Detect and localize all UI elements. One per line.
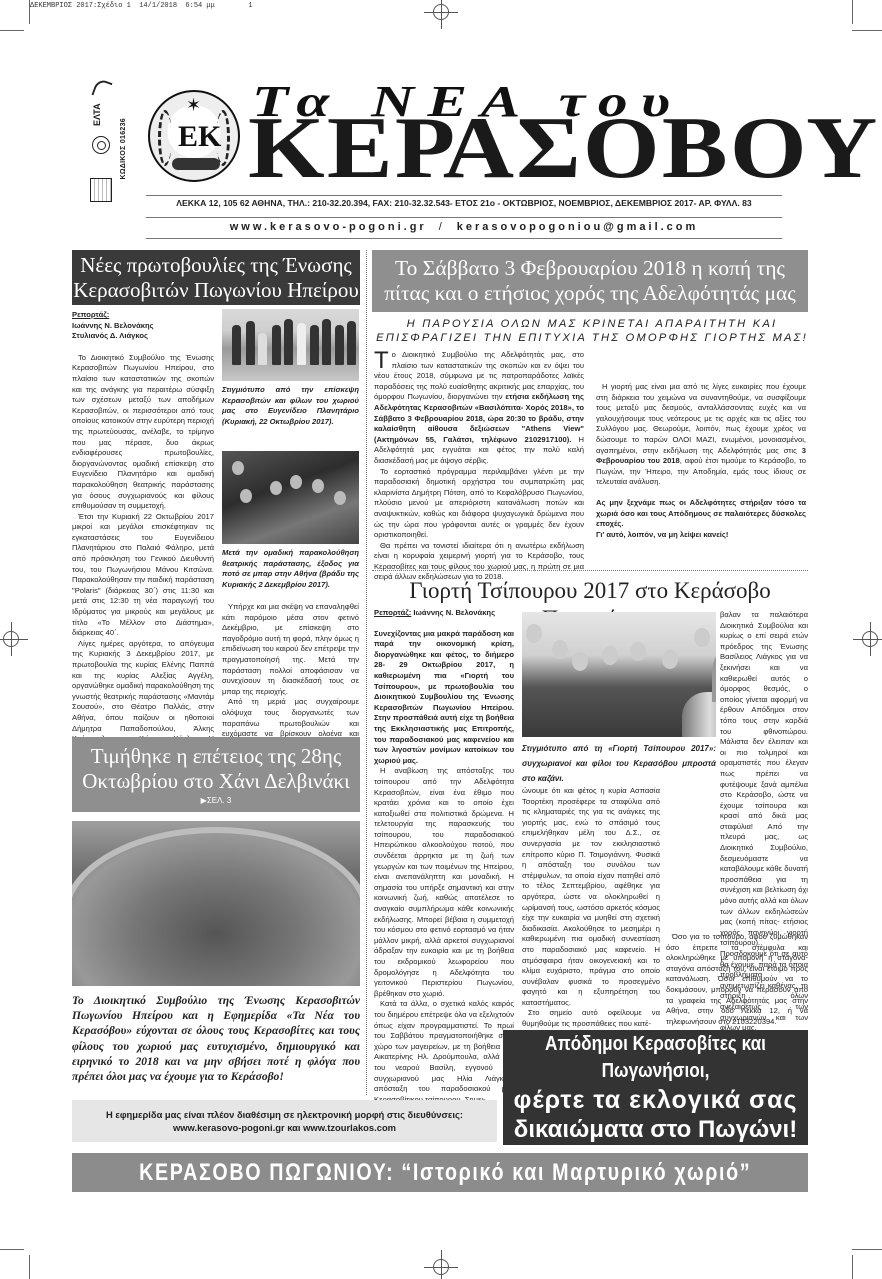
photo-caption: Μετά την ομαδική παρακολούθηση θεατρικής… <box>222 548 359 590</box>
newspaper-title: ΚΕΡΑΣΟΒΟΥ <box>248 106 880 192</box>
crop-mark <box>852 30 882 31</box>
elta-label: ΕΛΤΑ <box>92 103 102 126</box>
association-emblem-icon: ✶ ΕΚ <box>148 90 240 182</box>
postal-stamps: ΕΛΤΑ ΚΩΔΙΚΟΣ 016236 <box>88 80 132 200</box>
registration-mark <box>862 631 878 647</box>
photo-caption: Στιγμιότυπο από την επίσκεψη Κερασοβιτών… <box>222 385 359 427</box>
section-separator <box>372 570 808 571</box>
crop-mark <box>29 1255 30 1279</box>
article-text: Υπήρχε και μια σκέψη να επαναληφθεί κάτι… <box>222 602 359 750</box>
dropcap: Τ <box>374 351 389 371</box>
article-text: Ρεπορτάζ: Ιωάννης Ν. Βελονάκης Στυλιανός… <box>72 310 214 787</box>
email-link[interactable]: kerasovopogoniou@gmail.com <box>457 221 699 233</box>
divider <box>146 238 782 239</box>
crop-mark <box>852 1255 853 1279</box>
byline: Ρεπορτάζ: <box>72 310 214 321</box>
postal-permit-box <box>90 178 112 202</box>
online-edition-notice: Η εφημερίδα μας είναι πλέον διαθέσιμη σε… <box>72 1100 497 1142</box>
article-text: Η γιορτή μας είναι μια από τις λίγες ευκ… <box>596 350 806 540</box>
footer-banner: ΚΕΡΑΣΟΒΟ ΠΩΓΩΝΙΟΥ: “Ιστορικό και Μαρτυρι… <box>72 1153 808 1192</box>
page-reference-link[interactable]: ▶ΣΕΛ. 3 <box>201 796 232 805</box>
photo-nativity-mosaic <box>72 821 360 986</box>
photo-tsipouro-still <box>522 612 716 737</box>
registration-mark <box>3 631 19 647</box>
article-text: Ρεπορτάζ: Ιωάννης Ν. Βελονάκης Συνεχίζον… <box>374 608 514 1105</box>
headline-anniversary: Τιμήθηκε η επέτειος της 28ης Οκτωβρίου σ… <box>72 737 360 812</box>
divider <box>146 195 782 196</box>
article-text: Το Διοικητικό Συμβούλιο της Αδελφότητάς … <box>374 350 584 583</box>
postal-code: ΚΩΔΙΚΟΣ 016236 <box>120 118 127 180</box>
voting-rights-ad: Απόδημοι Κερασοβίτες και Πωγωνήσιοι, φέρ… <box>503 1030 808 1145</box>
headline-initiatives: Νέες πρωτοβουλίες της Ένωσης Κερασοβιτών… <box>72 250 360 305</box>
column-separator <box>366 250 367 1095</box>
crop-mark <box>29 0 30 24</box>
article-text: Όσο για το τσίπουρο, αφού ζυμώθηκαν όσο … <box>666 932 808 1027</box>
postmark-icon <box>92 136 110 154</box>
website-link[interactable]: www.kerasovo-pogoni.gr <box>230 221 427 233</box>
registration-mark <box>433 4 449 20</box>
handshake-icon <box>172 158 220 170</box>
author: Ιωάννης Ν. Βελονάκης <box>72 321 214 332</box>
monogram-icon: ΕΚ <box>178 122 221 152</box>
online-edition-links[interactable]: www.kerasovo-pogoni.gr και www.tzourlako… <box>72 1121 497 1134</box>
address-line: ΛΕΚΚΑ 12, 105 62 ΑΘΗΝΑ, ΤΗΛ.: 210-32.20.… <box>146 198 782 208</box>
closing-call: Γι' αυτό, λοιπόν, να μη λείψει κανείς! <box>596 530 806 541</box>
subheadline: Η ΠΑΡΟΥΣΙΑ ΟΛΩΝ ΜΑΣ ΚΡΙΝΕΤΑΙ ΑΠΑΡΑΙΤΗΤΗ … <box>376 317 808 345</box>
crop-mark <box>852 0 853 24</box>
crop-mark <box>852 1249 882 1250</box>
laurel-left-icon <box>158 110 172 166</box>
closing-appeal: Ας μην ξεχνάμε πως οι Αδελφότητες στήριξ… <box>596 498 806 530</box>
headline-pita: Το Σάββατο 3 Φεβρουαρίου 2018 η κοπή της… <box>372 250 808 312</box>
star-icon: ✶ <box>186 96 201 114</box>
article-text: ώνουμε ότι και φέτος η κυρία Ασπασία Τσο… <box>522 786 660 1030</box>
crop-mark <box>0 1249 24 1250</box>
contact-bar: www.kerasovo-pogoni.gr/kerasovopogoniou@… <box>146 221 782 233</box>
divider <box>146 217 782 218</box>
photo-bar-outing <box>222 451 359 544</box>
author: Στυλιανός Δ. Λιάγκος <box>72 331 214 342</box>
photo-planetarium <box>222 309 359 381</box>
photo-caption: Στιγμιότυπο από τη «Γιορτή Τσίπουρου 201… <box>522 741 716 786</box>
separator: / <box>439 221 445 233</box>
print-slug: ΔΕΚΕΜΒΡΙΟΣ 2017:Σχέδιο 1 14/1/2018 6:54 … <box>30 2 253 10</box>
registration-mark <box>433 1259 449 1275</box>
new-year-greeting: Το Διοικητικό Συμβούλιο της Ένωσης Κερασ… <box>72 993 360 1084</box>
crop-mark <box>0 30 24 31</box>
lead-paragraph: Συνεχίζοντας μια μακρά παράδοση και παρά… <box>374 629 514 767</box>
elta-bird-icon <box>91 78 112 100</box>
